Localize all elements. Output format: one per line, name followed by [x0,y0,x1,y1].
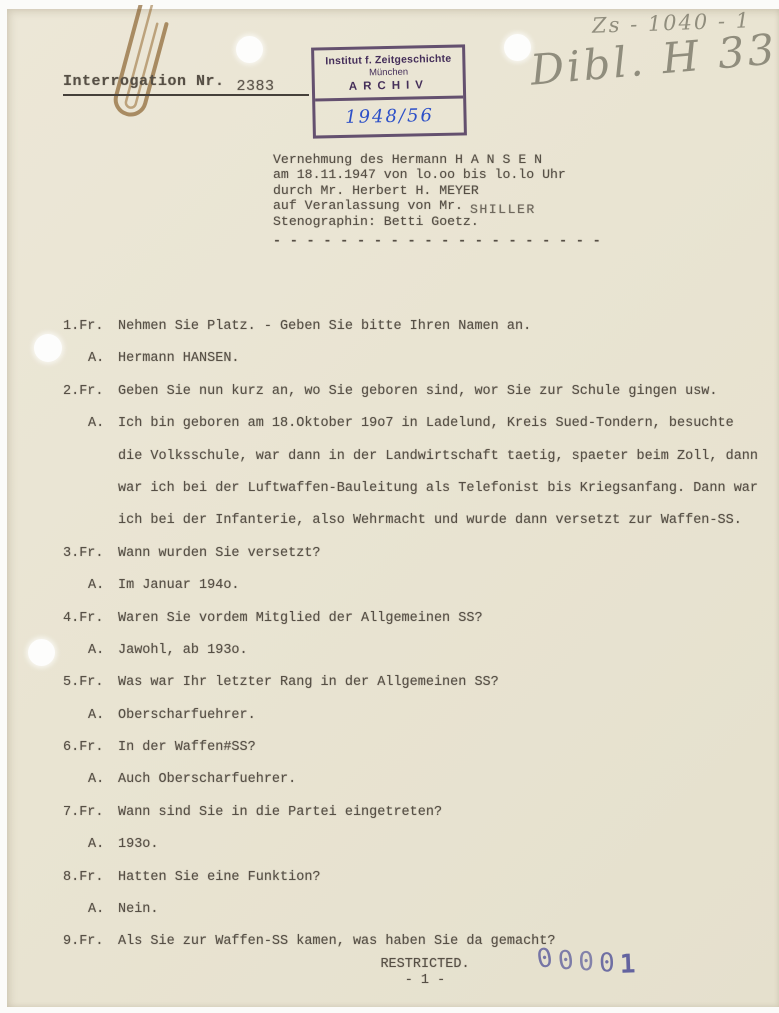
page-number: - 1 - [380,973,469,988]
qa-label: A. [63,894,118,926]
qa-row: war ich bei der Luftwaffen-Bauleitung al… [63,473,773,505]
qa-label: A. [63,408,118,440]
qa-row: ich bei der Infanterie, also Wehrmacht u… [63,505,773,537]
qa-text: die Volksschule, war dann in der Landwir… [118,449,758,464]
scanned-document: Interrogation Nr.2383 Institut f. Zeitge… [0,0,779,1013]
qa-label: 8.Fr. [63,862,118,894]
qa-text: Geben Sie nun kurz an, wo Sie geboren si… [118,384,718,399]
qa-text: Was war Ihr letzter Rang in der Allgemei… [118,675,499,690]
qa-row: A.Nein. [63,894,773,926]
qa-row: die Volksschule, war dann in der Landwir… [63,441,773,473]
archive-stamp: Institut f. Zeitgeschichte München ARCHI… [311,44,467,138]
qa-text: ich bei der Infanterie, also Wehrmacht u… [118,513,742,528]
qa-label: 2.Fr. [63,376,118,408]
qa-text: Als Sie zur Waffen-SS kamen, was haben S… [118,934,555,949]
header-line-interrogator: durch Mr. Herbert H. MEYER [273,183,601,198]
qa-row: 8.Fr.Hatten Sie eine Funktion? [63,862,773,894]
qa-row: A.Jawohl, ab 193o. [63,635,773,667]
header-block: Vernehmung des Hermann H A N S E N am 18… [273,152,601,248]
document-page: Interrogation Nr.2383 Institut f. Zeitge… [7,9,779,1007]
qa-row: 3.Fr.Wann wurden Sie versetzt? [63,538,773,570]
qa-label: 6.Fr. [63,732,118,764]
header-requested-by-name: SHILLER [470,202,536,217]
qa-text: Ich bin geboren am 18.Oktober 19o7 in La… [118,416,734,431]
header-line-subject: Vernehmung des Hermann H A N S E N [273,152,601,167]
qa-label: 9.Fr. [63,926,118,958]
qa-label: A. [63,635,118,667]
qa-row: A.Oberscharfuehrer. [63,700,773,732]
stamp-city: München [315,65,463,79]
title-label: Interrogation Nr. [63,73,225,90]
qa-row: A.Im Januar 194o. [63,570,773,602]
qa-row: A.193o. [63,829,773,861]
qa-row: A.Auch Oberscharfuehrer. [63,764,773,796]
stamp-accession-number: 1948/56 [315,98,464,135]
qa-row: A.Ich bin geboren am 18.Oktober 19o7 in … [63,408,773,440]
qa-text: Hermann HANSEN. [118,351,240,366]
interrogation-number: 2383 [237,78,275,95]
qa-label: A. [63,570,118,602]
qa-row: 4.Fr.Waren Sie vordem Mitglied der Allge… [63,603,773,635]
punch-hole-top-left [236,36,263,63]
page-footer: RESTRICTED. - 1 - [7,957,779,988]
qa-row: A.Hermann HANSEN. [63,343,773,375]
qa-text: Im Januar 194o. [118,578,240,593]
qa-label: 7.Fr. [63,797,118,829]
page-count-stamp: 00001 [537,943,641,977]
qa-text: Wann sind Sie in die Partei eingetreten? [118,805,442,820]
punch-hole-top-right [504,34,531,61]
qa-label: A. [63,343,118,375]
header-line-datetime: am 18.11.1947 von lo.oo bis lo.lo Uhr [273,167,601,182]
header-separator: - - - - - - - - - - - - - - - - - - - - [273,233,601,248]
qa-row: 9.Fr.Als Sie zur Waffen-SS kamen, was ha… [63,926,773,958]
qa-label: A. [63,700,118,732]
qa-row: 7.Fr.Wann sind Sie in die Partei eingetr… [63,797,773,829]
footer-inner: RESTRICTED. - 1 - [316,957,469,988]
paperclip-mark-icon [91,5,191,135]
header-requested-by-label: auf Veranlassung von Mr. [273,198,463,213]
handwritten-note: Dibl. H 33 [528,24,779,94]
qa-text: Wann wurden Sie versetzt? [118,546,321,561]
qa-text: Jawohl, ab 193o. [118,643,248,658]
header-line-requested-by: auf Veranlassung von Mr.SHILLER [273,198,601,213]
qa-text: Auch Oberscharfuehrer. [118,772,296,787]
qa-label: 4.Fr. [63,603,118,635]
qa-label: 1.Fr. [63,311,118,343]
punch-hole-left-lower [28,639,55,666]
qa-label: 3.Fr. [63,538,118,570]
qa-text: In der Waffen#SS? [118,740,256,755]
qa-text: Oberscharfuehrer. [118,708,256,723]
qa-text: Hatten Sie eine Funktion? [118,870,321,885]
punch-hole-left-upper [34,334,62,362]
header-line-stenographer: Stenographin: Betti Goetz. [273,214,601,229]
qa-row: 2.Fr.Geben Sie nun kurz an, wo Sie gebor… [63,376,773,408]
qa-list: 1.Fr.Nehmen Sie Platz. - Geben Sie bitte… [63,311,773,959]
qa-text: 193o. [118,837,159,852]
qa-text: Nein. [118,902,159,917]
qa-row: 5.Fr.Was war Ihr letzter Rang in der All… [63,667,773,699]
qa-text: Waren Sie vordem Mitglied der Allgemeine… [118,611,483,626]
qa-text: Nehmen Sie Platz. - Geben Sie bitte Ihre… [118,319,531,334]
qa-text: war ich bei der Luftwaffen-Bauleitung al… [118,481,758,496]
qa-label: 5.Fr. [63,667,118,699]
qa-row: 6.Fr.In der Waffen#SS? [63,732,773,764]
classification-marking: RESTRICTED. [380,957,469,972]
page-title: Interrogation Nr.2383 [63,73,309,96]
qa-label: A. [63,764,118,796]
qa-row: 1.Fr.Nehmen Sie Platz. - Geben Sie bitte… [63,311,773,343]
qa-label: A. [63,829,118,861]
